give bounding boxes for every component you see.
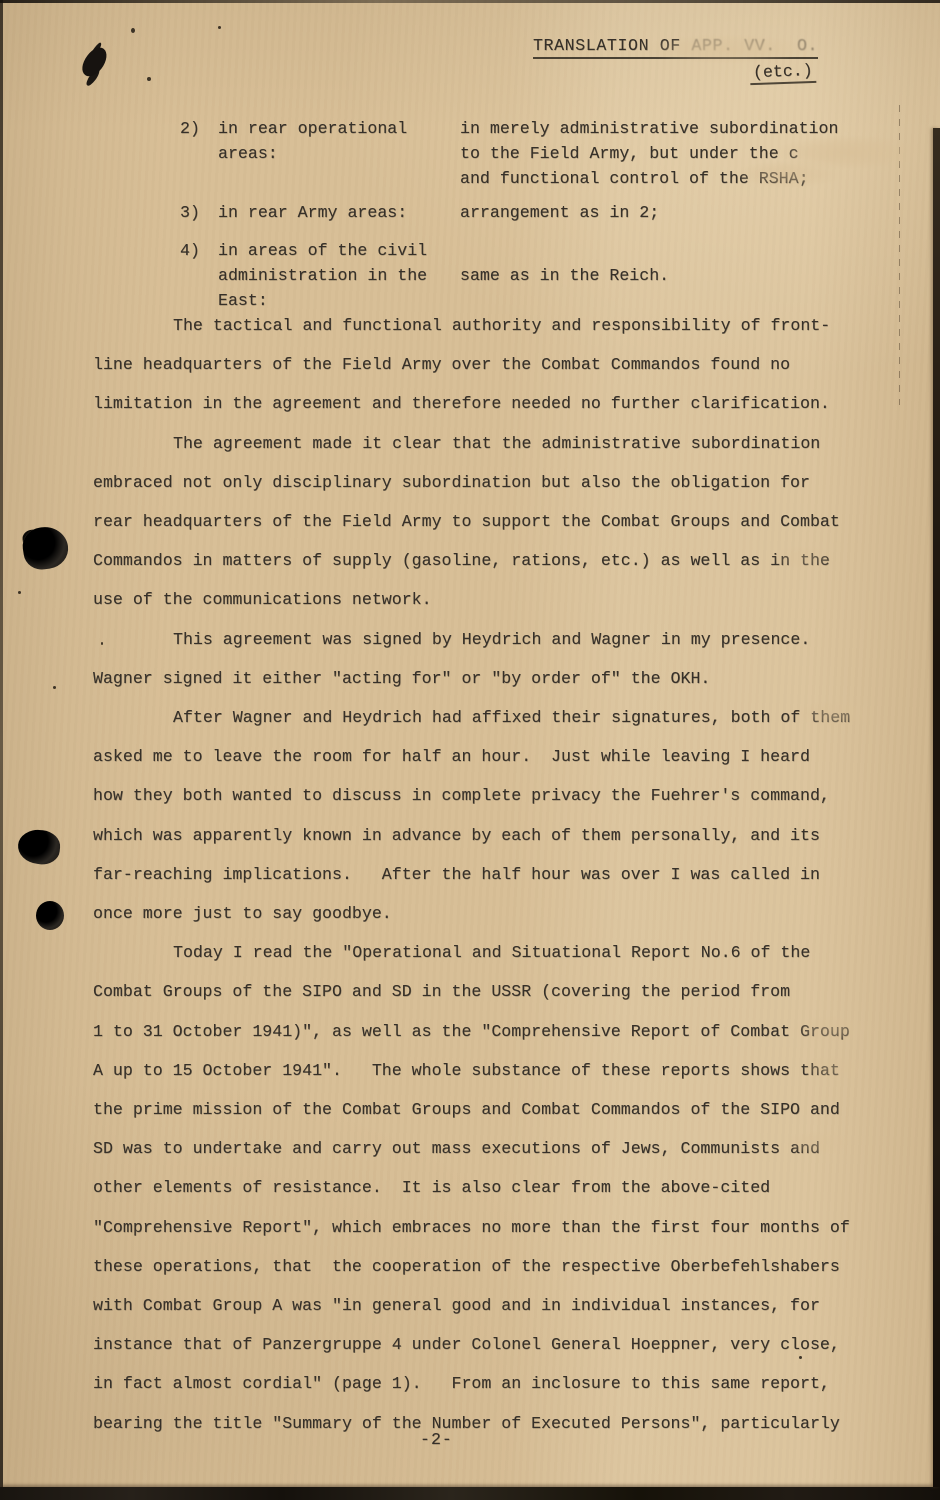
ink-blot-mark: [77, 44, 111, 81]
paragraph-private-discussion: After Wagner and Heydrich had affixed th…: [93, 698, 883, 933]
document-title-clear: TRANSLATION OF: [533, 36, 691, 55]
paper-speck: [131, 28, 135, 33]
list-item-value: in merely administrative subordination t…: [460, 116, 890, 191]
paragraph-agreement-authority: The tactical and functional authority an…: [93, 306, 883, 424]
hole-punch-mark: [16, 828, 61, 866]
list-item-number: 4): [180, 238, 200, 263]
document-title: TRANSLATION OF APP. VV. O.: [533, 36, 818, 59]
scan-edge-right-strip: [933, 128, 940, 1487]
paragraph-reports: Today I read the "Operational and Situat…: [93, 933, 883, 1443]
hole-punch-mark: [36, 901, 64, 930]
scan-edge-left: [0, 0, 3, 1500]
scan-edge-top: [0, 0, 940, 3]
hole-punch-mark: [20, 524, 70, 572]
document-title-faded: APP. VV. O.: [691, 36, 818, 55]
list-item-value: same as in the Reich.: [460, 238, 890, 288]
paper-crease-line: [899, 105, 900, 405]
list-item-label: in rear operational areas:: [218, 116, 453, 166]
paper-speck: [53, 686, 56, 689]
scan-edge-bottom-band: [0, 1487, 940, 1500]
scanned-document-page: TRANSLATION OF APP. VV. O. (etc.) 2) in …: [0, 0, 940, 1500]
paper-speck: [18, 591, 21, 594]
document-title-etc-note: (etc.): [750, 61, 816, 85]
list-item-number: 2): [180, 116, 200, 141]
list-item-label: in areas of the civil administration in …: [218, 238, 453, 313]
paper-speck: [147, 77, 151, 81]
page-number: -2-: [420, 1430, 453, 1449]
document-body: The tactical and functional authority an…: [93, 306, 883, 1443]
list-item-label: in rear Army areas:: [218, 200, 453, 225]
list-item-number: 3): [180, 200, 200, 225]
paper-speck: [218, 26, 221, 29]
list-item-value: arrangement as in 2;: [460, 200, 890, 225]
paragraph-administrative-subordination: The agreement made it clear that the adm…: [93, 424, 883, 620]
paragraph-signing: This agreement was signed by Heydrich an…: [93, 620, 883, 698]
